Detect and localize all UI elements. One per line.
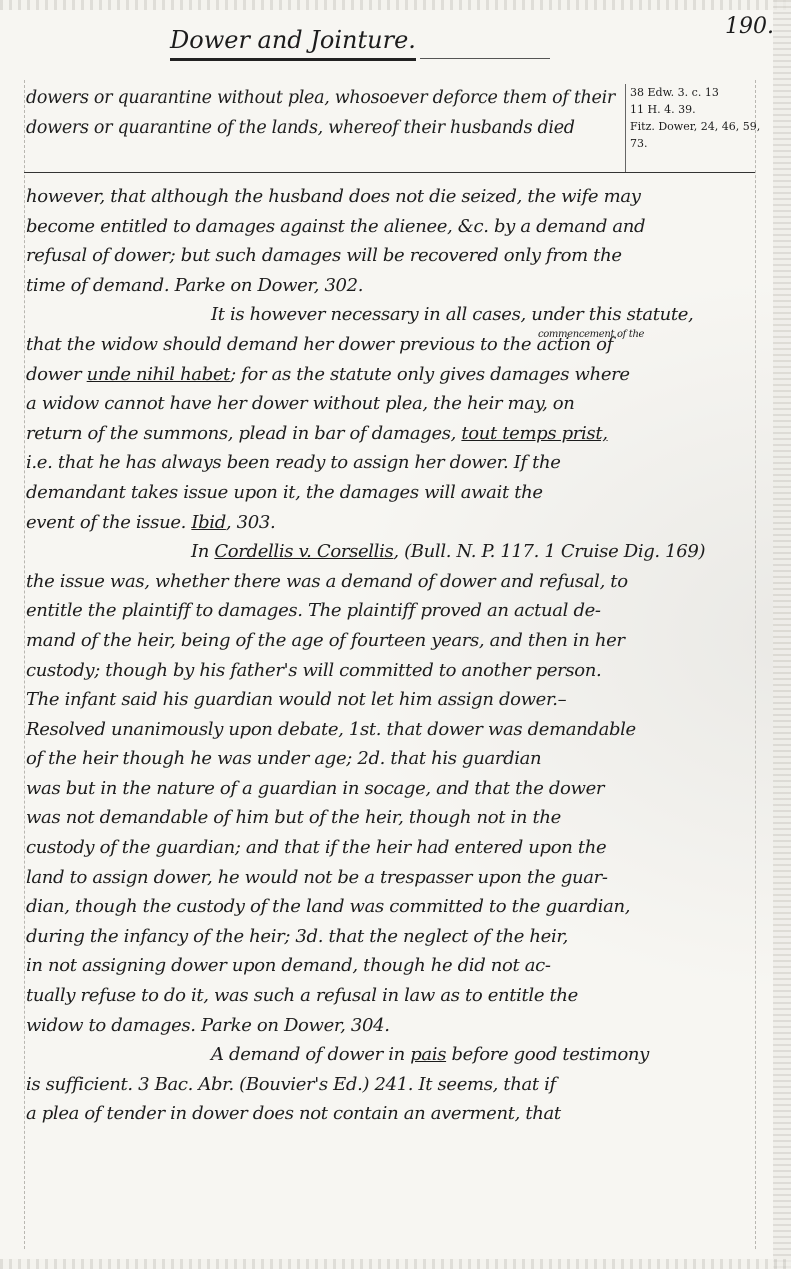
page-edge-top — [0, 0, 791, 10]
citation: 38 Edw. 3. c. 13 — [630, 84, 753, 101]
section-separator — [24, 172, 755, 173]
page-edge-bottom — [0, 1259, 791, 1269]
text-line: entitle the plaintiff to damages. The pl… — [26, 596, 756, 626]
underlined-term: pais — [410, 1044, 446, 1065]
underlined-term: tout temps prist, — [461, 423, 607, 444]
heading-rule — [420, 58, 550, 59]
text-line: that the widow should demand her dower p… — [26, 330, 756, 360]
text-line: time of demand. Parke on Dower, 302. — [26, 271, 756, 301]
text-line: a plea of tender in dower does not conta… — [26, 1099, 756, 1129]
text-line: event of the issue. Ibid, 303. — [26, 508, 756, 538]
text-line: the issue was, whether there was a deman… — [26, 567, 756, 597]
citation: 11 H. 4. 39. — [630, 101, 753, 118]
margin-citations: 38 Edw. 3. c. 13 11 H. 4. 39. Fitz. Dowe… — [625, 84, 753, 172]
text-line: however, that although the husband does … — [26, 182, 756, 212]
text-line: was not demandable of him but of the hei… — [26, 803, 756, 833]
text-line: In Cordellis v. Corsellis, (Bull. N. P. … — [26, 537, 756, 567]
text-line: in not assigning dower upon demand, thou… — [26, 951, 756, 981]
text-line: custody; though by his father's will com… — [26, 656, 756, 686]
text-line: widow to damages. Parke on Dower, 304. — [26, 1011, 756, 1041]
text-line: A demand of dower in pais before good te… — [26, 1040, 756, 1070]
text-line: is sufficient. 3 Bac. Abr. (Bouvier's Ed… — [26, 1070, 756, 1100]
citation: Fitz. Dower, 24, 46, 59, — [630, 118, 753, 135]
page-number: 190. — [725, 14, 774, 39]
text-line: mand of the heir, being of the age of fo… — [26, 626, 756, 656]
underlined-term: Cordellis v. Corsellis — [214, 541, 393, 562]
left-margin-rule — [24, 80, 25, 1249]
text-line: refusal of dower; but such damages will … — [26, 241, 756, 271]
text-line: during the infancy of the heir; 3d. that… — [26, 922, 756, 952]
continued-statute-text: dowers or quarantine without plea, whoso… — [26, 84, 626, 143]
text-line: demandant takes issue upon it, the damag… — [26, 478, 756, 508]
body-text: however, that although the husband does … — [26, 182, 756, 1129]
text-line: was but in the nature of a guardian in s… — [26, 774, 756, 804]
text-line: dowers or quarantine without plea, whoso… — [26, 84, 626, 114]
page-heading: Dower and Jointure. — [170, 26, 416, 61]
text-line: custody of the guardian; and that if the… — [26, 833, 756, 863]
text-line: of the heir though he was under age; 2d.… — [26, 744, 756, 774]
text-line: return of the summons, plead in bar of d… — [26, 419, 756, 449]
text-line: become entitled to damages against the a… — [26, 212, 756, 242]
page-edge-right — [773, 0, 791, 1269]
text-line: The infant said his guardian would not l… — [26, 685, 756, 715]
manuscript-page: 190. Dower and Jointure. dowers or quara… — [0, 0, 791, 1269]
interlinear-insertion: commencement of the — [538, 320, 644, 350]
text-line: a widow cannot have her dower without pl… — [26, 389, 756, 419]
citation: 73. — [630, 135, 753, 152]
text-line: land to assign dower, he would not be a … — [26, 863, 756, 893]
text-line: It is however necessary in all cases, un… — [26, 300, 756, 330]
text-line: tually refuse to do it, was such a refus… — [26, 981, 756, 1011]
underlined-term: unde nihil habet — [87, 364, 230, 385]
text-line: i.e. that he has always been ready to as… — [26, 448, 756, 478]
underlined-term: Ibid — [191, 512, 226, 533]
text-line: dian, though the custody of the land was… — [26, 892, 756, 922]
text-line: dowers or quarantine of the lands, where… — [26, 114, 626, 144]
text-line: Resolved unanimously upon debate, 1st. t… — [26, 715, 756, 745]
text-line: dower unde nihil habet; for as the statu… — [26, 360, 756, 390]
